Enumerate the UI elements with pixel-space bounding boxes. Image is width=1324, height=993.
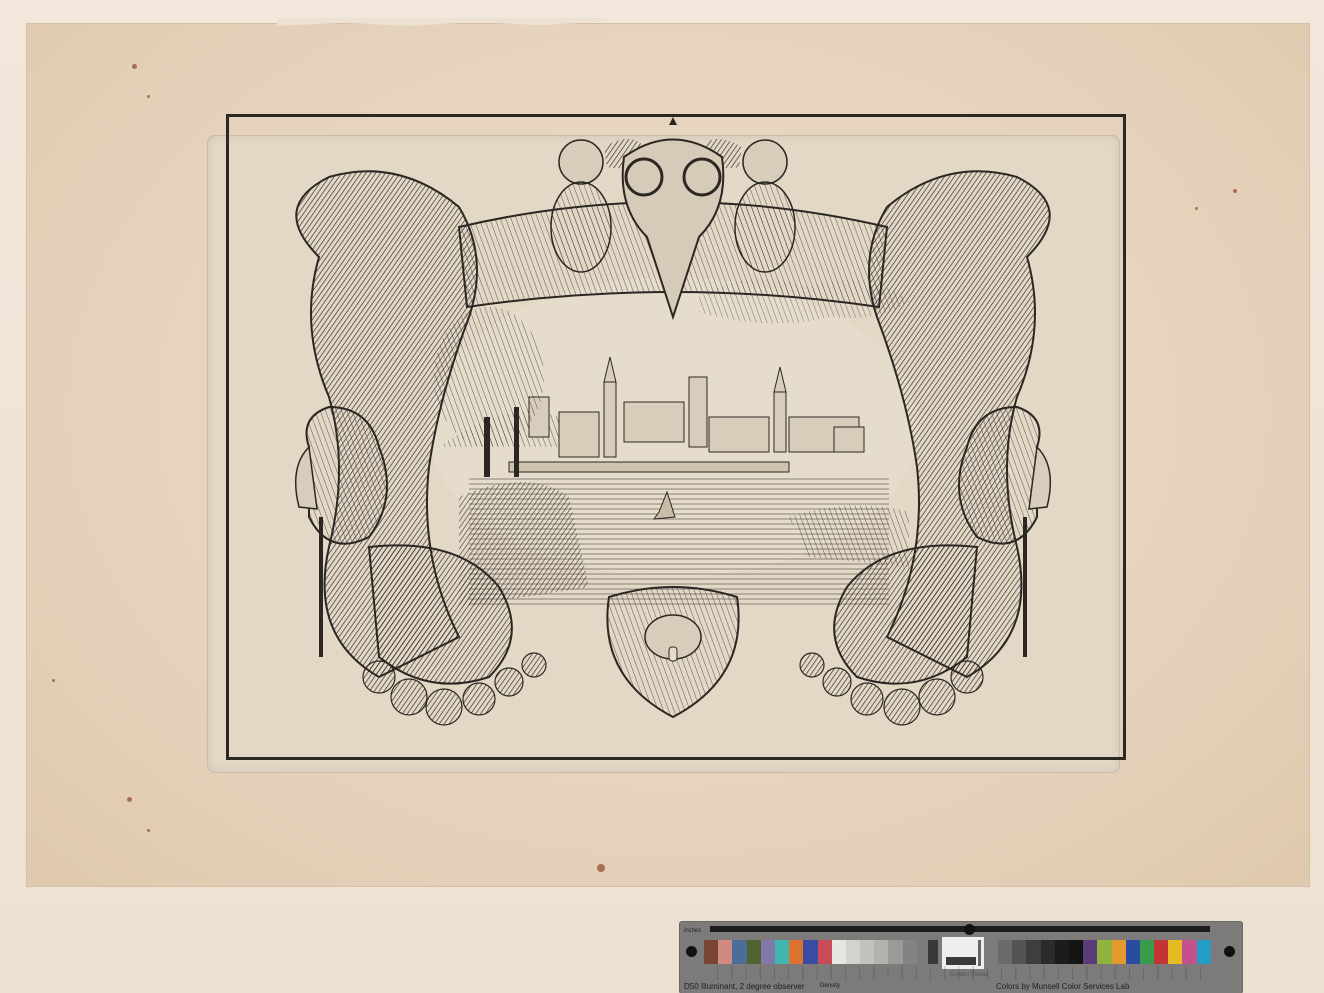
patch-11 xyxy=(846,940,860,964)
color-patches xyxy=(704,940,917,964)
foxing-spot xyxy=(147,829,150,832)
ruler-bar xyxy=(710,926,1210,932)
patch-15 xyxy=(903,940,917,964)
patch-22 xyxy=(1083,940,1097,964)
patch-18 xyxy=(1026,940,1040,964)
patch-29 xyxy=(1182,940,1196,964)
patch-3 xyxy=(732,940,746,964)
dark-strip xyxy=(928,940,938,964)
patch-13 xyxy=(874,940,888,964)
patch-20 xyxy=(1055,940,1069,964)
patch-9 xyxy=(818,940,832,964)
patch-17 xyxy=(1012,940,1026,964)
resolution-target xyxy=(942,937,984,969)
engraving-image xyxy=(229,117,1117,751)
units-right-label: centimeters xyxy=(1178,928,1209,934)
patch-27 xyxy=(1154,940,1168,964)
mount-hole-center xyxy=(964,924,975,935)
color-patches-right xyxy=(998,940,1211,964)
patch-25 xyxy=(1126,940,1140,964)
patch-5 xyxy=(761,940,775,964)
patch-16 xyxy=(998,940,1012,964)
foxing-spot xyxy=(597,864,605,872)
bridge xyxy=(509,462,789,472)
torn-edge xyxy=(277,18,607,26)
foxing-spot xyxy=(147,95,150,98)
units-left-label: inches xyxy=(684,928,701,934)
illuminant-label: D50 Illuminant, 2 degree observer xyxy=(684,982,805,991)
mount-hole-right xyxy=(1224,946,1235,957)
foxing-spot xyxy=(127,797,132,802)
brand-label: GoldenThread xyxy=(950,972,988,978)
patch-24 xyxy=(1112,940,1126,964)
foxing-spot xyxy=(132,64,137,69)
patch-2 xyxy=(718,940,732,964)
patch-30 xyxy=(1197,940,1211,964)
patch-23 xyxy=(1097,940,1111,964)
color-calibration-target: inches centimeters xyxy=(680,922,1242,993)
foxing-spot xyxy=(52,679,55,682)
patch-1 xyxy=(704,940,718,964)
foxing-spot xyxy=(1233,189,1237,193)
patch-7 xyxy=(789,940,803,964)
patch-10 xyxy=(832,940,846,964)
munsell-label: Colors by Munsell Color Services Lab xyxy=(996,982,1129,991)
patch-4 xyxy=(747,940,761,964)
patch-21 xyxy=(1069,940,1083,964)
patch-28 xyxy=(1168,940,1182,964)
mount-hole-left xyxy=(686,946,697,957)
density-label: Density xyxy=(820,983,840,989)
patch-6 xyxy=(775,940,789,964)
cartouche-illustration xyxy=(229,117,1117,751)
patch-26 xyxy=(1140,940,1154,964)
patch-14 xyxy=(888,940,902,964)
foxing-spot xyxy=(1195,207,1198,210)
patch-8 xyxy=(803,940,817,964)
patch-12 xyxy=(860,940,874,964)
patch-19 xyxy=(1041,940,1055,964)
lion-mask-bottom xyxy=(607,587,738,717)
